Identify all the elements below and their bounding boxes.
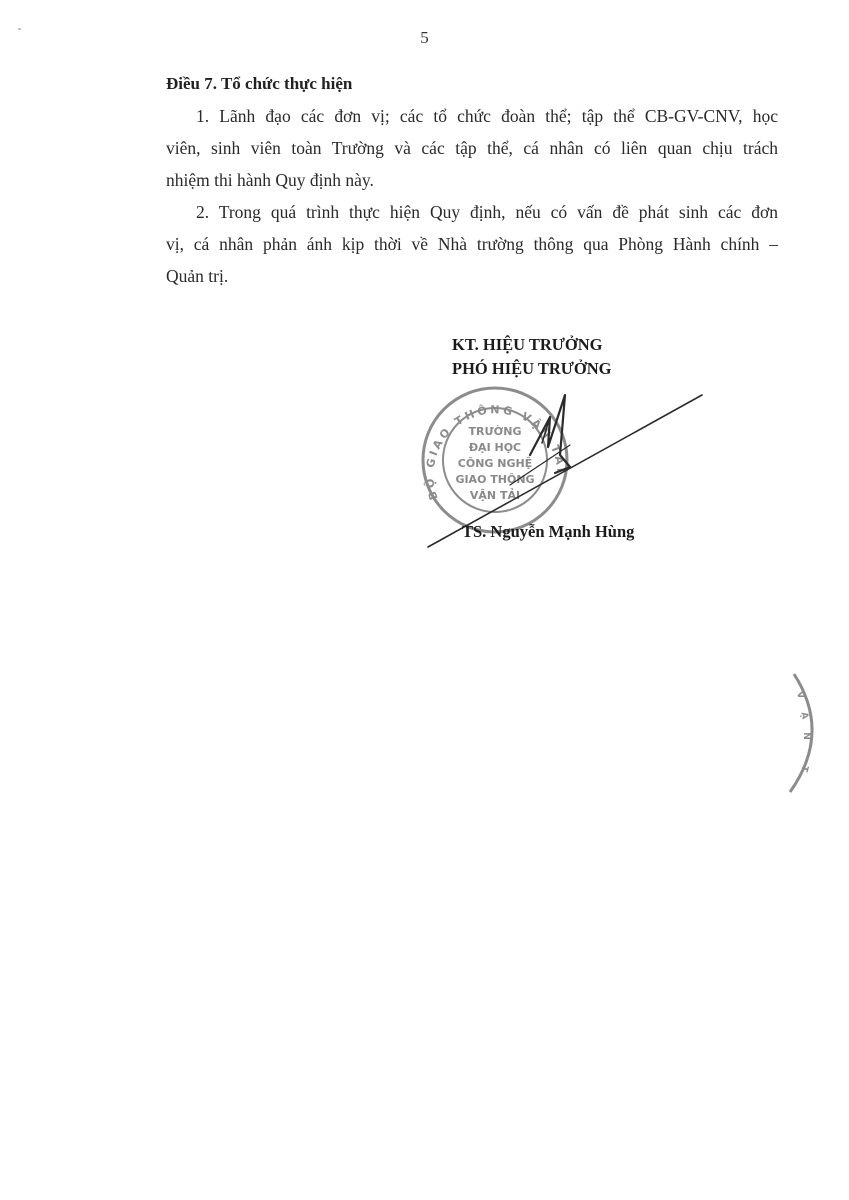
article-title: Điều 7. Tổ chức thực hiện (166, 74, 352, 94)
signature-title-1: KT. HIỆU TRƯỞNG (452, 333, 672, 357)
item-1-line-3: nhiệm thi hành Quy định này. (166, 164, 778, 196)
svg-text:T: T (798, 764, 809, 773)
partial-stamp-icon: V Ậ N T (784, 668, 824, 798)
svg-text:Ậ: Ậ (798, 711, 810, 720)
page-number: 5 (0, 28, 849, 48)
signature-title-2: PHÓ HIỆU TRƯỞNG (452, 357, 672, 381)
article-item-1: 1. Lãnh đạo các đơn vị; các tổ chức đoàn… (166, 100, 778, 196)
article-item-2: 2. Trong quá trình thực hiện Quy định, n… (166, 196, 778, 292)
svg-text:V: V (794, 690, 806, 700)
item-2-line-2: vị, cá nhân phản ánh kịp thời về Nhà trư… (166, 228, 778, 260)
svg-text:N: N (801, 732, 811, 740)
item-1-line-2: viên, sinh viên toàn Trường và các tập t… (166, 132, 778, 164)
item-2-line-3: Quản trị. (166, 260, 778, 292)
signer-name: TS. Nguyễn Mạnh Hùng (462, 522, 634, 542)
item-1-line-1: 1. Lãnh đạo các đơn vị; các tổ chức đoàn… (166, 100, 778, 132)
signature-block: KT. HIỆU TRƯỞNG PHÓ HIỆU TRƯỞNG (452, 333, 672, 381)
item-2-line-1: 2. Trong quá trình thực hiện Quy định, n… (166, 196, 778, 228)
